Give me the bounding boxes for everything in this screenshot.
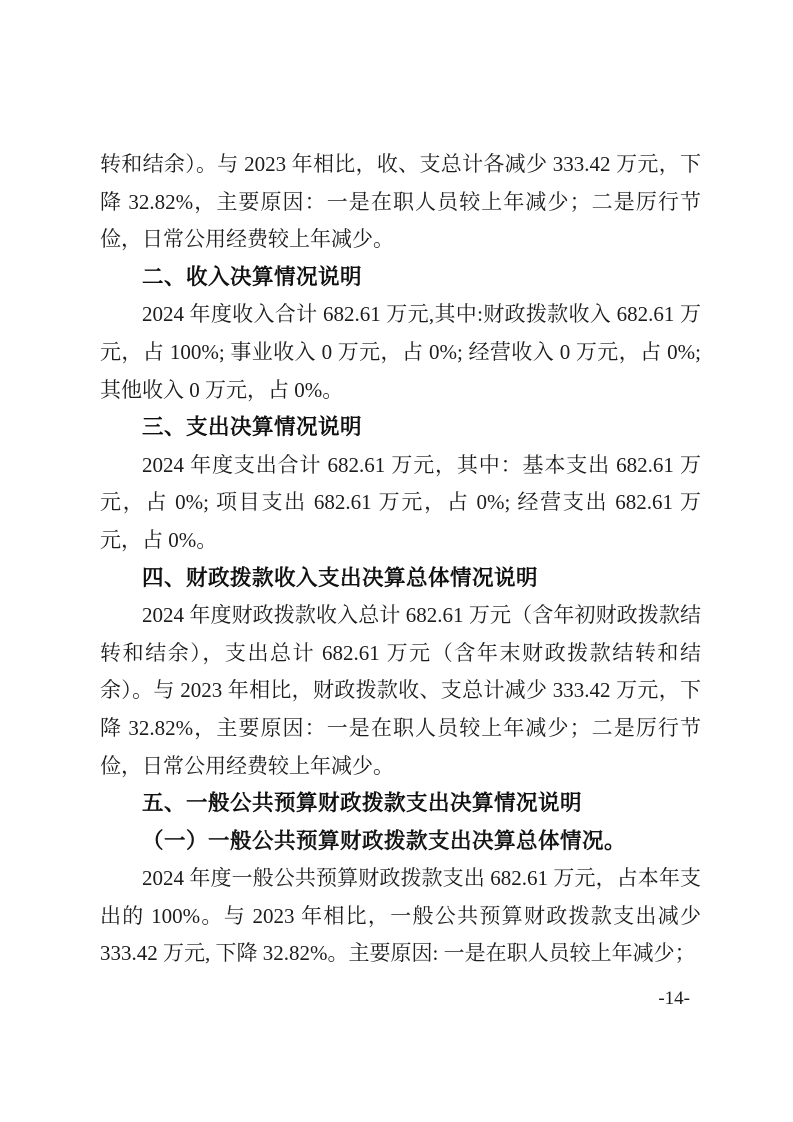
section-heading-expenditure-accounts: 三、支出决算情况说明 xyxy=(100,409,701,447)
paragraph-income-accounts: 2024 年度收入合计 682.61 万元,其中:财政拨款收入 682.61 万… xyxy=(100,296,701,409)
page-number: -14- xyxy=(658,988,690,1009)
sub-heading-general-public-budget-overall: （一）一般公共预算财政拨款支出决算总体情况。 xyxy=(100,823,701,861)
paragraph-continuation-overall-accounts: 转和结余）。与 2023 年相比，收、支总计各减少 333.42 万元，下降 3… xyxy=(100,146,701,259)
page-footer: -14- xyxy=(658,988,690,1010)
section-heading-income-accounts: 二、收入决算情况说明 xyxy=(100,259,701,297)
paragraph-fiscal-appropriation-overview: 2024 年度财政拨款收入总计 682.61 万元（含年初财政拨款结转和结余），… xyxy=(100,597,701,785)
paragraph-expenditure-accounts: 2024 年度支出合计 682.61 万元，其中：基本支出 682.61 万元，… xyxy=(100,447,701,560)
document-page: 转和结余）。与 2023 年相比，收、支总计各减少 333.42 万元，下降 3… xyxy=(0,0,793,1122)
section-heading-fiscal-appropriation-overview: 四、财政拨款收入支出决算总体情况说明 xyxy=(100,560,701,598)
paragraph-general-public-budget-expenditure: 2024 年度一般公共预算财政拨款支出 682.61 万元，占本年支出的 100… xyxy=(100,860,701,973)
section-heading-general-public-budget-expenditure: 五、一般公共预算财政拨款支出决算情况说明 xyxy=(100,785,701,823)
document-content: 转和结余）。与 2023 年相比，收、支总计各减少 333.42 万元，下降 3… xyxy=(100,146,701,973)
